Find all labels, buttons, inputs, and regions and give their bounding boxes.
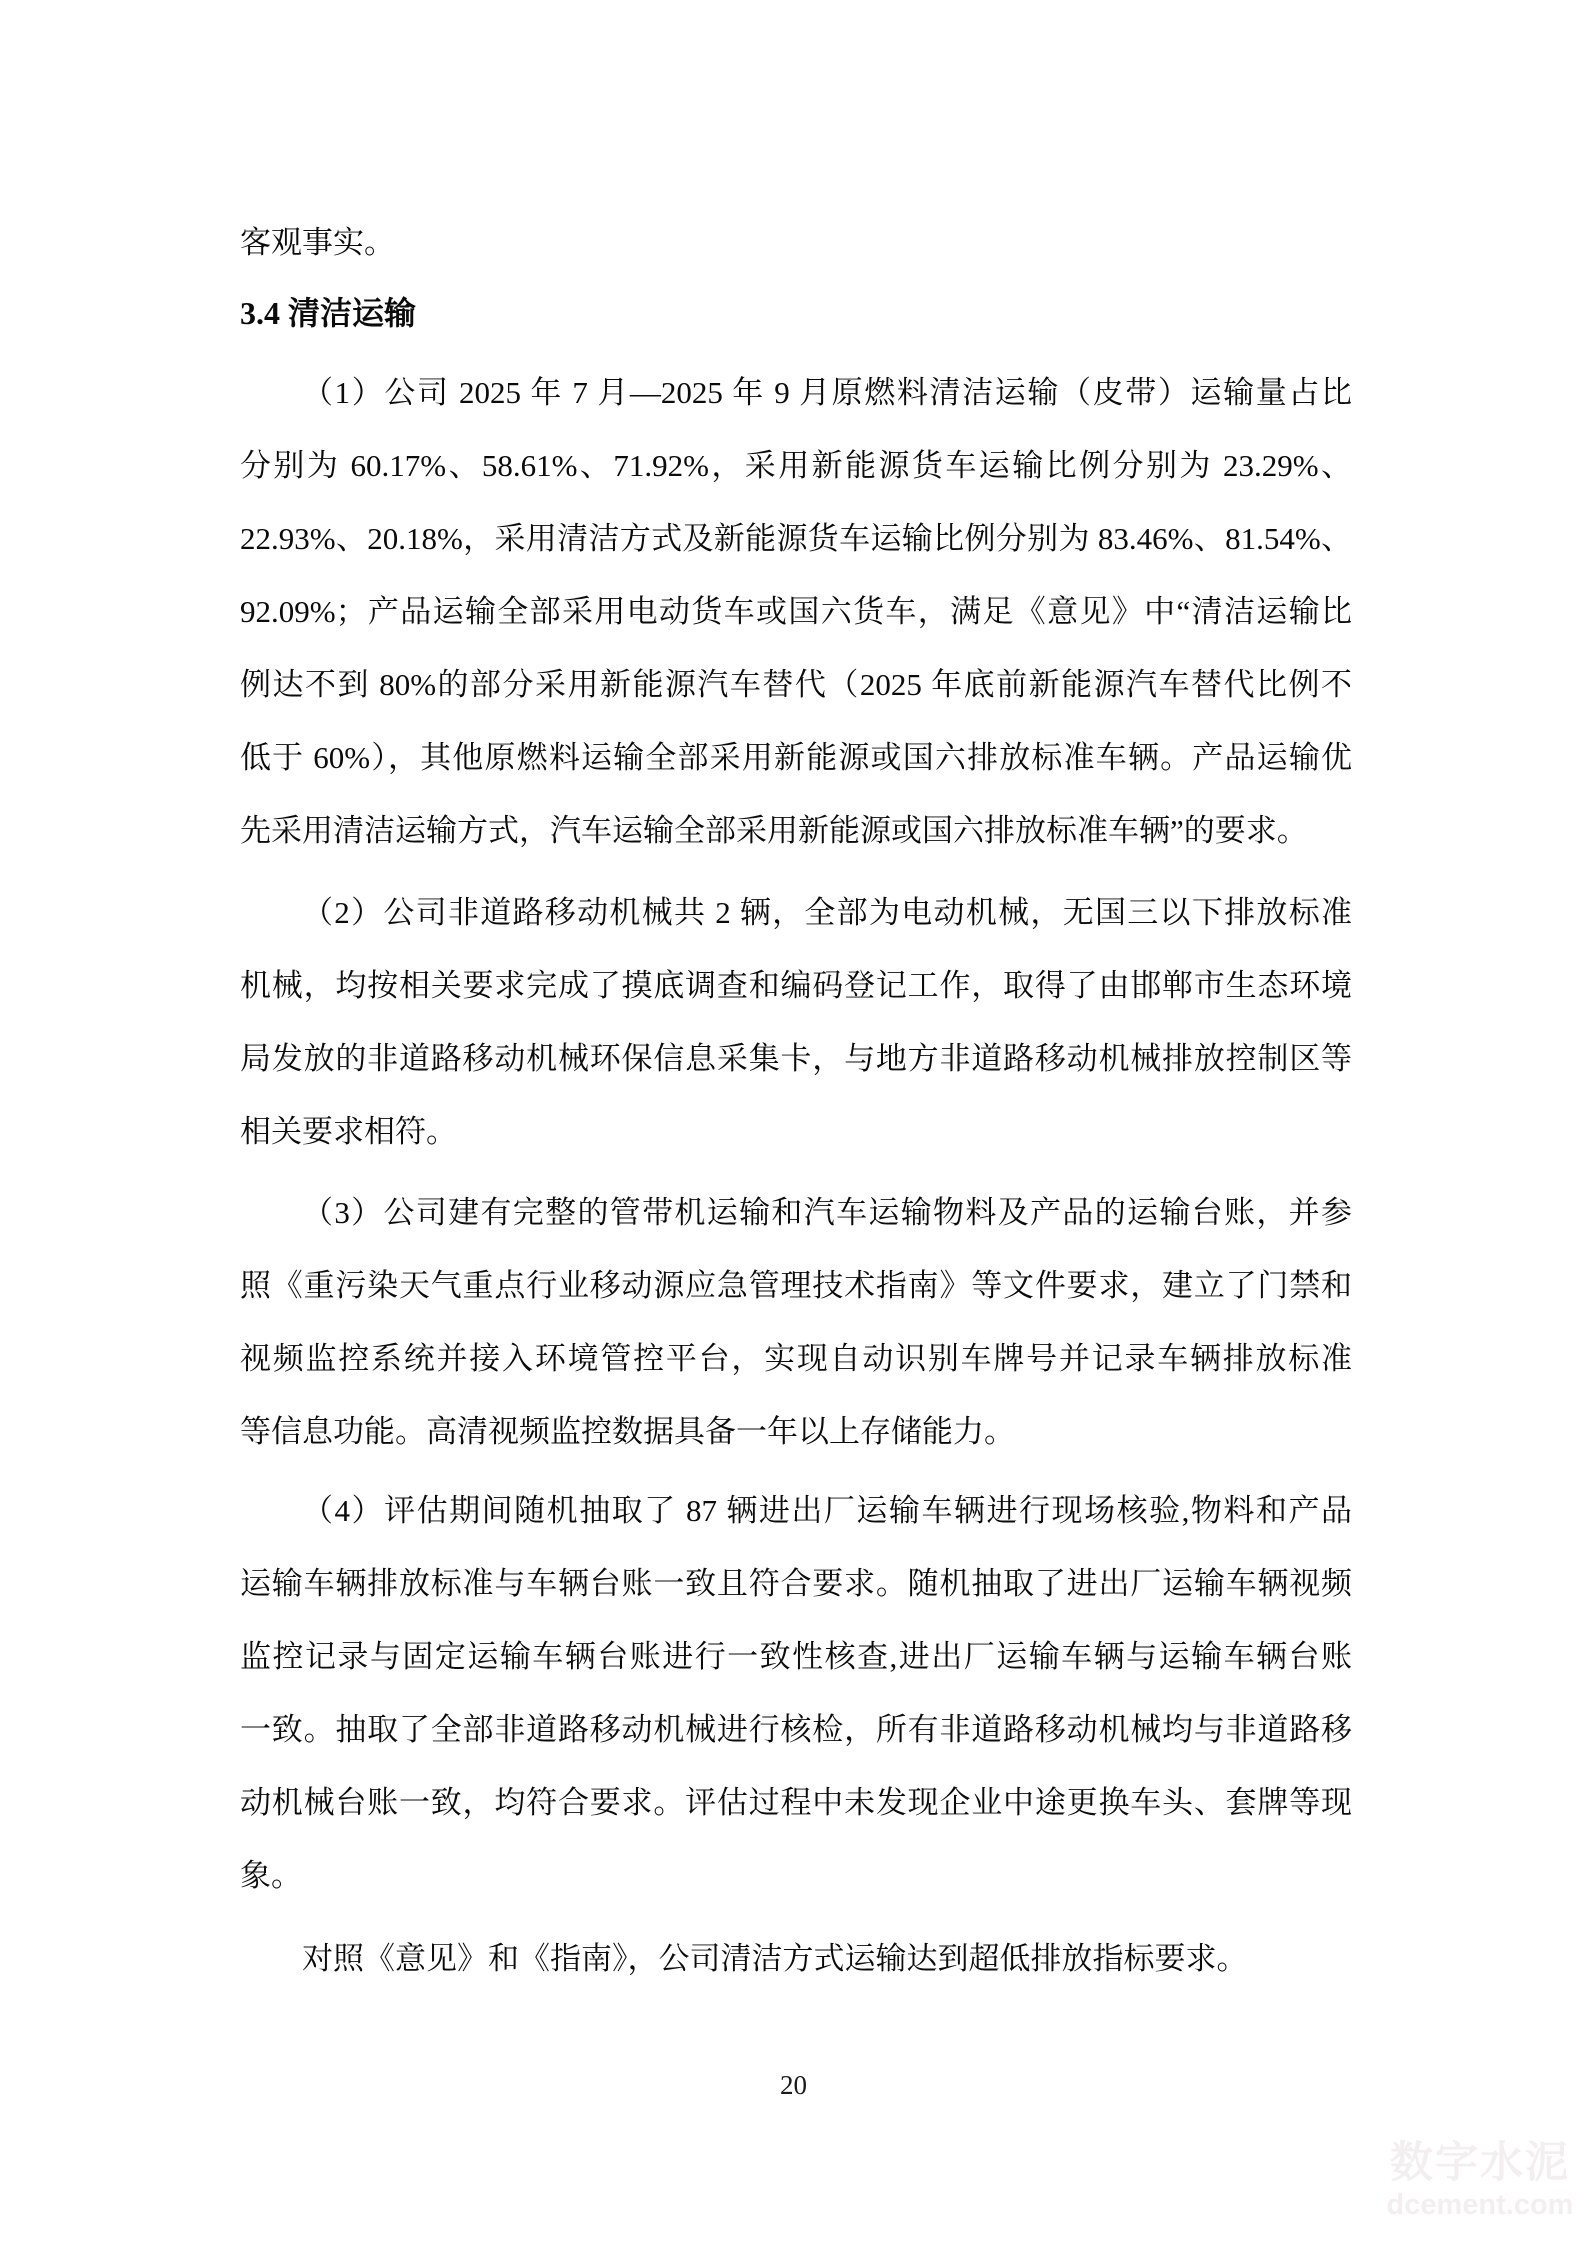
watermark-domain-text: dcement.com: [1385, 2188, 1575, 2222]
watermark-chinese-text: 数字水泥: [1385, 2138, 1575, 2188]
text-line: 动机械台账一致，均符合要求。评估过程中未发现企业中途更换车头、套牌等现: [240, 1766, 1352, 1839]
text-line: （4）评估期间随机抽取了 87 辆进出厂运输车辆进行现场核验,物料和产品: [240, 1474, 1352, 1547]
paragraph-3: （3）公司建有完整的管带机运输和汽车运输物料及产品的运输台账，并参照《重污染天气…: [240, 1176, 1352, 1468]
text-line: 92.09%；产品运输全部采用电动货车或国六货车，满足《意见》中“清洁运输比: [240, 575, 1352, 648]
watermark: 数字水泥 dcement.com: [1385, 2138, 1575, 2222]
paragraph-1: （1）公司 2025 年 7 月—2025 年 9 月原燃料清洁运输（皮带）运输…: [240, 356, 1352, 867]
section-heading: 3.4 清洁运输: [240, 293, 1352, 333]
text-line: 机械，均按相关要求完成了摸底调查和编码登记工作，取得了由邯郸市生态环境: [240, 949, 1352, 1022]
page-number: 20: [0, 2068, 1587, 2102]
text-line: 等信息功能。高清视频监控数据具备一年以上存储能力。: [240, 1395, 1352, 1468]
text-line: 运输车辆排放标准与车辆台账一致且符合要求。随机抽取了进出厂运输车辆视频: [240, 1547, 1352, 1620]
text-line: 例达不到 80%的部分采用新能源汽车替代（2025 年底前新能源汽车替代比例不: [240, 648, 1352, 721]
document-page: 客观事实。 3.4 清洁运输 （1）公司 2025 年 7 月—2025 年 9…: [0, 0, 1587, 2245]
text-line: 对照《意见》和《指南》，公司清洁方式运输达到超低排放指标要求。: [240, 1922, 1352, 1995]
paragraph-continuation: 客观事实。: [240, 206, 1352, 279]
text-line: 视频监控系统并接入环境管控平台，实现自动识别车牌号并记录车辆排放标准: [240, 1322, 1352, 1395]
text-line: 照《重污染天气重点行业移动源应急管理技术指南》等文件要求，建立了门禁和: [240, 1249, 1352, 1322]
text-line: （2）公司非道路移动机械共 2 辆，全部为电动机械，无国三以下排放标准: [240, 876, 1352, 949]
text-line: （1）公司 2025 年 7 月—2025 年 9 月原燃料清洁运输（皮带）运输…: [240, 356, 1352, 429]
text-line: 22.93%、20.18%，采用清洁方式及新能源货车运输比例分别为 83.46%…: [240, 502, 1352, 575]
paragraph-5: 对照《意见》和《指南》，公司清洁方式运输达到超低排放指标要求。: [240, 1922, 1352, 1995]
text-line: 一致。抽取了全部非道路移动机械进行核检，所有非道路移动机械均与非道路移: [240, 1693, 1352, 1766]
text-line: 象。: [240, 1839, 1352, 1912]
text-line: 先采用清洁运输方式，汽车运输全部采用新能源或国六排放标准车辆”的要求。: [240, 794, 1352, 867]
text-line: 低于 60%），其他原燃料运输全部采用新能源或国六排放标准车辆。产品运输优: [240, 721, 1352, 794]
paragraph-2: （2）公司非道路移动机械共 2 辆，全部为电动机械，无国三以下排放标准机械，均按…: [240, 876, 1352, 1168]
paragraph-4: （4）评估期间随机抽取了 87 辆进出厂运输车辆进行现场核验,物料和产品运输车辆…: [240, 1474, 1352, 1912]
text-line: 局发放的非道路移动机械环保信息采集卡，与地方非道路移动机械排放控制区等: [240, 1022, 1352, 1095]
text-line: 分别为 60.17%、58.61%、71.92%，采用新能源货车运输比例分别为 …: [240, 429, 1352, 502]
text-line: （3）公司建有完整的管带机运输和汽车运输物料及产品的运输台账，并参: [240, 1176, 1352, 1249]
text-line: 相关要求相符。: [240, 1095, 1352, 1168]
text-line: 监控记录与固定运输车辆台账进行一致性核查,进出厂运输车辆与运输车辆台账: [240, 1620, 1352, 1693]
